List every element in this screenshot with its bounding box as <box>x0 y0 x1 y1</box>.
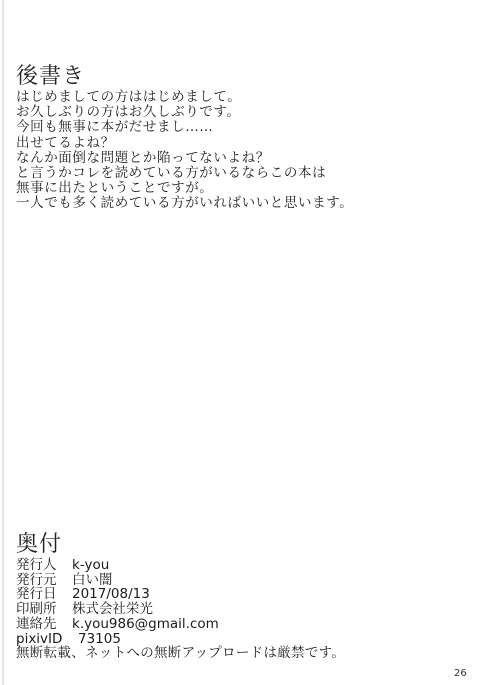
colophon-value: 2017/08/13 <box>72 587 150 602</box>
afterword-line: 出せてるよね？ <box>16 136 353 151</box>
colophon-row-contact: 連絡先 k.you986@gmail.com <box>16 617 345 632</box>
colophon-row-circle: 発行元 白い闇 <box>16 573 345 588</box>
afterword-heading: 後書き <box>16 64 85 90</box>
colophon-row-printer: 印刷所 株式会社栄光 <box>16 602 345 617</box>
copyright-notice: 無断転載、ネットへの無断アップロードは厳禁です。 <box>16 646 345 661</box>
page-edge-line <box>2 0 4 685</box>
colophon-value: 白い闇 <box>72 573 113 588</box>
colophon-label: 連絡先 <box>16 617 72 632</box>
afterword-line: 一人でも多く読めている方がいればいいと思います。 <box>16 196 353 211</box>
colophon-value: 株式会社栄光 <box>72 602 153 617</box>
colophon-row-date: 発行日 2017/08/13 <box>16 587 345 602</box>
afterword-line: と言うかコレを読めている方がいるならこの本は <box>16 166 353 181</box>
afterword-line: 今回も無事に本がだせまし…… <box>16 120 353 135</box>
afterword-line: なんか面倒な問題とか陥ってないよね？ <box>16 151 353 166</box>
colophon-label: 印刷所 <box>16 602 72 617</box>
colophon-value: 73105 <box>78 632 121 647</box>
colophon-label: pixivID <box>16 632 78 647</box>
colophon-label: 発行日 <box>16 587 72 602</box>
colophon-table: 発行人 k-you 発行元 白い闇 発行日 2017/08/13 印刷所 株式会… <box>16 558 345 661</box>
colophon-value: k-you <box>72 558 109 573</box>
colophon-label: 発行元 <box>16 573 72 588</box>
colophon-row-pixiv: pixivID 73105 <box>16 632 345 647</box>
page-number: 26 <box>454 668 467 679</box>
afterword-line: はじめましての方ははじめまして。 <box>16 90 353 105</box>
colophon-row-publisher: 発行人 k-you <box>16 558 345 573</box>
colophon-value: k.you986@gmail.com <box>72 617 219 632</box>
afterword-body: はじめましての方ははじめまして。 お久しぶりの方はお久しぶりです。 今回も無事に… <box>16 90 353 212</box>
colophon-label: 発行人 <box>16 558 72 573</box>
colophon-heading: 奥付 <box>16 532 62 558</box>
